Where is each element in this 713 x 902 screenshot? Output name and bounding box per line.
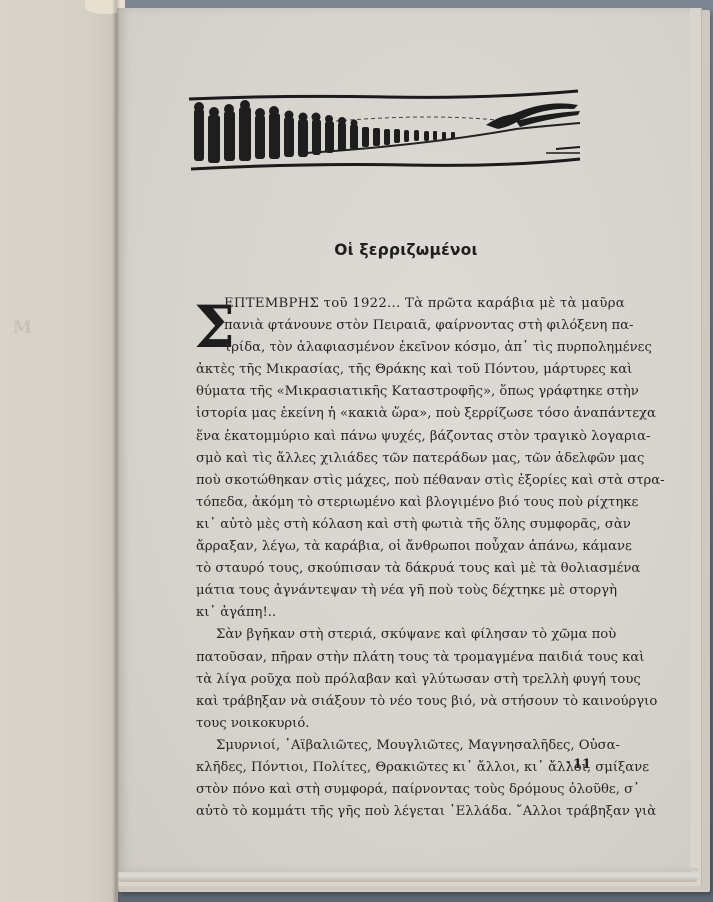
text-line: ἀκτὲς τῆς Μικρασίας, τῆς Θράκης καὶ τοῦ … bbox=[196, 359, 596, 381]
chapter-title: Οἱ ξερριζωμένοι bbox=[120, 241, 692, 259]
text-line: κι᾽ ἀγάπη!.. bbox=[196, 602, 596, 624]
text-line: Σὰν βγῆκαν στὴ στεριά, σκύψανε καὶ φίλησ… bbox=[196, 624, 596, 646]
text-line: τρίδα, τὸν ἀλαφιασμένον ἐκεῖνον κόσμο, ἀ… bbox=[196, 337, 596, 359]
page-number: 11 bbox=[573, 757, 591, 772]
text-line: πατοῦσαν, πῆραν στὴν πλάτη τους τὰ τρομα… bbox=[196, 647, 596, 669]
text-line: ἱστορία μας ἐκείνη ἡ «κακιὰ ὥρα», ποὺ ξε… bbox=[196, 403, 596, 425]
book-spine-shadow bbox=[112, 0, 120, 902]
text-line: καὶ τράβηξαν νὰ σιάξουν τὸ νέο τους βιό,… bbox=[196, 691, 596, 713]
text-line: ποὺ σκοτώθηκαν στὶς μάχες, ποὺ πέθαναν σ… bbox=[196, 470, 596, 492]
text-line: τὰ λίγα ροῦχα ποὺ πρόλαβαν καὶ γλύτωσαν … bbox=[196, 669, 596, 691]
text-line: σμὸ καὶ τὶς ἄλλες χιλιάδες τῶν πατεράδων… bbox=[196, 448, 596, 470]
text-line: ἕνα ἑκατομμύριο καὶ πάνω ψυχές, βάζοντας… bbox=[196, 426, 596, 448]
text-line: τόπεδα, ἀκόμη τὸ στεριωμένο καὶ βλογιμέν… bbox=[196, 492, 596, 514]
body-text: ΕΠΤΕΜΒΡΗΣ τοῦ 1922... Τὰ πρῶτα καράβια μ… bbox=[196, 293, 596, 823]
text-line: πανιὰ φτάνουνε στὸν Πειραιᾶ, φαίρνοντας … bbox=[196, 315, 596, 337]
text-line: ΕΠΤΕΜΒΡΗΣ τοῦ 1922... Τὰ πρῶτα καράβια μ… bbox=[196, 293, 596, 315]
left-page-faint-mark: M bbox=[13, 318, 32, 338]
text-line: κλῆδες, Πόντιοι, Πολίτες, Θρακιῶτες κι᾽ … bbox=[196, 757, 596, 779]
text-line: Σμυρνιοί, ᾽Αϊβαλιῶτες, Μουγλιῶτες, Μαγνη… bbox=[196, 735, 596, 757]
text-line: μάτια τους ἀγνάντεψαν τὴ νέα γῆ ποὺ τοὺς… bbox=[196, 580, 596, 602]
text-line: τὸ σταυρό τους, σκούπισαν τὰ δάκρυά τους… bbox=[196, 558, 596, 580]
text-line: στὸν πόνο καὶ στὴ συμφορά, παίρνοντας το… bbox=[196, 779, 596, 801]
left-page: M bbox=[0, 0, 118, 902]
text-line: ἄρραξαν, λέγω, τὰ καράβια, οἱ ἄνθρωποι π… bbox=[196, 536, 596, 558]
page-number-mark: • bbox=[566, 759, 571, 769]
text-line: θύματα τῆς «Μικρασιατικῆς Καταστροφῆς», … bbox=[196, 381, 596, 403]
refugees-woodcut-illustration bbox=[186, 85, 582, 171]
text-line: τους νοικοκυριό. bbox=[196, 713, 596, 735]
text-line: αὐτὸ τὸ κομμάτι τῆς γῆς ποὺ λέγεται ῾Ελλ… bbox=[196, 801, 596, 823]
text-line: κι᾽ αὐτὸ μὲς στὴ κόλαση καὶ στὴ φωτιὰ τῆ… bbox=[196, 514, 596, 536]
